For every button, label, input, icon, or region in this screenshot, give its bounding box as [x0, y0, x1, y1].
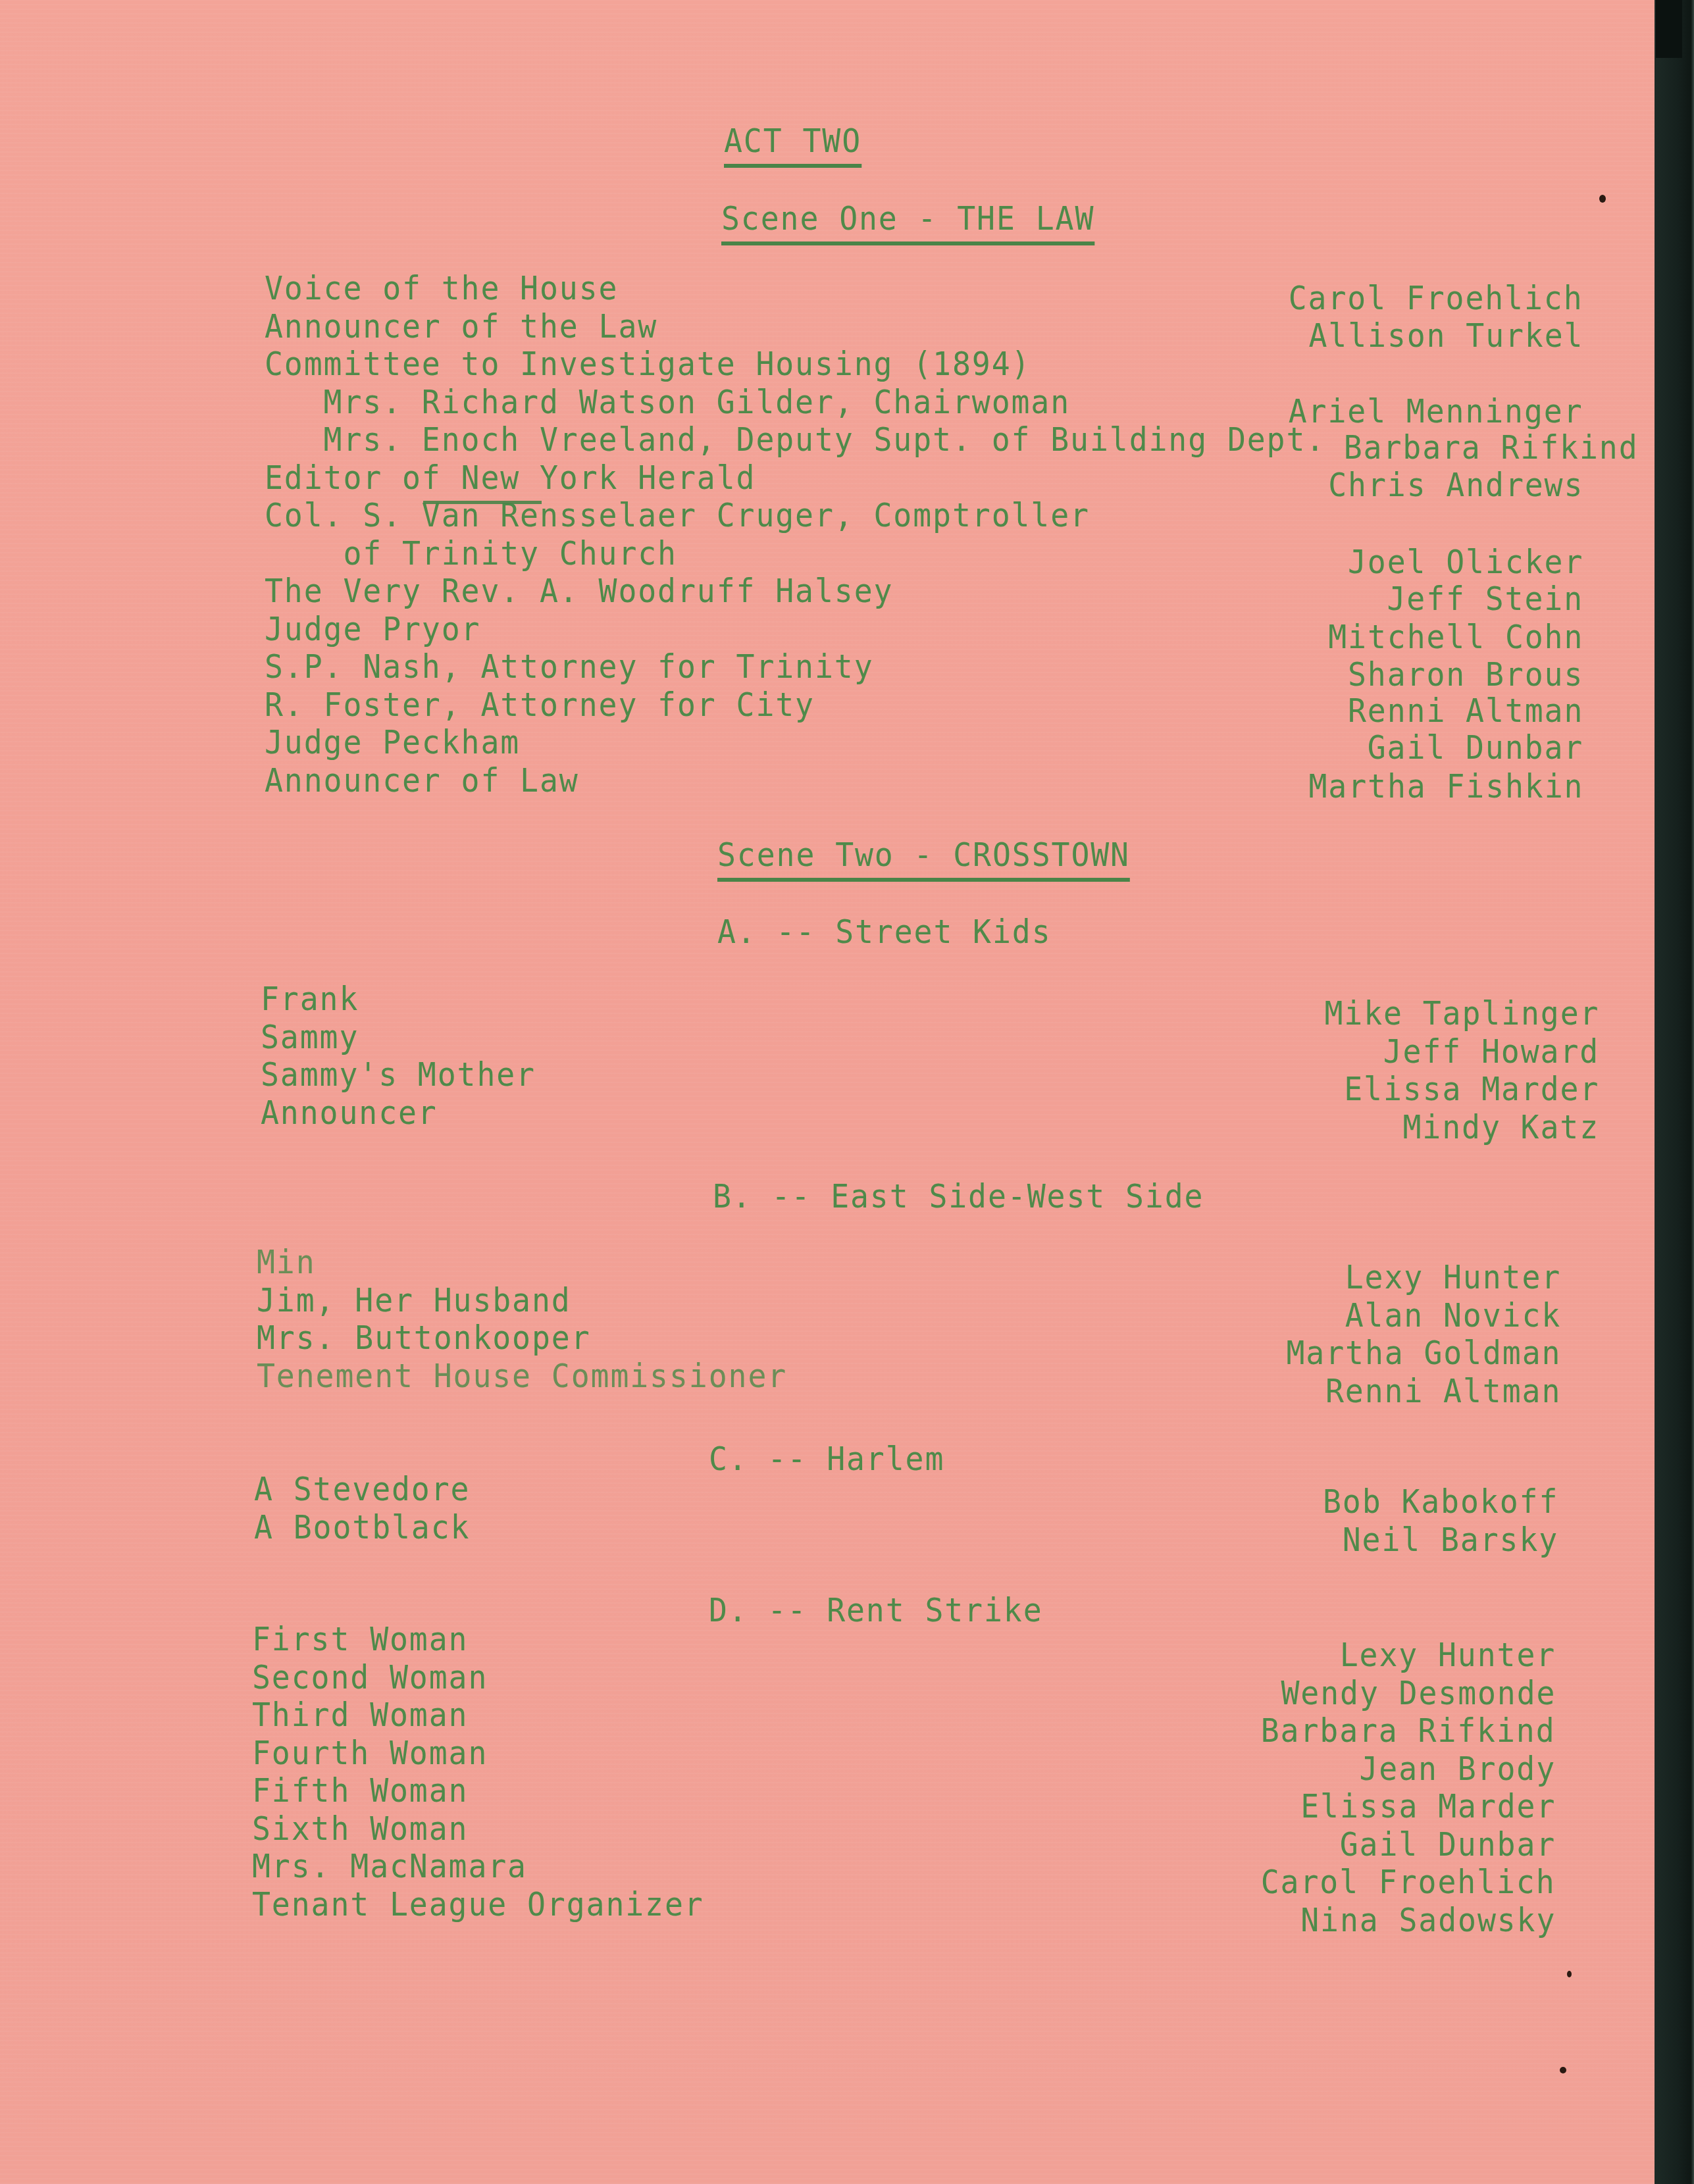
- punch-mark: [1567, 1971, 1572, 1977]
- role-name: Committee to Investigate Housing (1894): [265, 345, 1031, 383]
- binding-strip: [1655, 0, 1694, 2184]
- role-name: Announcer of Law: [265, 762, 579, 800]
- actor-name: Joel Olicker: [1348, 544, 1583, 581]
- subscene-title: B. -- East Side-West Side: [713, 1178, 1204, 1215]
- actor-name: Lexy Hunter: [1345, 1259, 1561, 1296]
- actor-name: Wendy Desmonde: [1281, 1675, 1556, 1712]
- role-name: Frank: [261, 980, 359, 1018]
- role-name: First Woman: [252, 1621, 468, 1658]
- role-name: Announcer: [261, 1094, 438, 1132]
- role-name: Mrs. MacNamara: [252, 1848, 527, 1885]
- role-name: Judge Pryor: [265, 611, 480, 648]
- actor-name: Sharon Brous: [1348, 656, 1583, 694]
- actor-name: Mindy Katz: [1402, 1109, 1599, 1146]
- actor-name: Renni Altman: [1348, 692, 1583, 730]
- role-name: Tenement House Commissioner: [257, 1358, 787, 1395]
- role-name: Sammy's Mother: [261, 1056, 536, 1094]
- actor-name: Allison Turkel: [1308, 317, 1583, 355]
- subscene-title: D. -- Rent Strike: [709, 1592, 1043, 1629]
- role-name: S.P. Nash, Attorney for Trinity: [265, 648, 874, 686]
- actor-name: Elissa Marder: [1300, 1788, 1556, 1825]
- actor-name: Carol Froehlich: [1289, 280, 1583, 317]
- actor-name: Lexy Hunter: [1340, 1637, 1556, 1674]
- subscene-title: A. -- Street Kids: [717, 913, 1052, 951]
- actor-name: Gail Dunbar: [1368, 729, 1583, 767]
- role-name: Judge Peckham: [265, 724, 520, 761]
- role-name: Sixth Woman: [252, 1810, 468, 1848]
- actor-name: Chris Andrews: [1328, 467, 1583, 504]
- role-name: Fifth Woman: [252, 1772, 468, 1810]
- binding-clip: [1656, 0, 1682, 58]
- role-name: A Stevedore: [254, 1471, 470, 1508]
- role-name: The Very Rev. A. Woodruff Halsey: [265, 572, 893, 610]
- role-name: Jim, Her Husband: [257, 1282, 571, 1319]
- subscene-title: C. -- Harlem: [709, 1440, 944, 1478]
- role-name: Mrs. Buttonkooper: [257, 1319, 591, 1357]
- actor-name: Mitchell Cohn: [1328, 619, 1583, 656]
- actor-name: Bob Kabokoff: [1323, 1483, 1558, 1521]
- role-name: Min: [257, 1244, 316, 1281]
- actor-name: Renni Altman: [1325, 1373, 1561, 1410]
- role-name: Second Woman: [252, 1659, 488, 1696]
- role-name: R. Foster, Attorney for City: [265, 686, 815, 724]
- actor-name: Neil Barsky: [1343, 1521, 1558, 1559]
- role-name: Fourth Woman: [252, 1735, 488, 1772]
- actor-name: Jeff Stein: [1387, 580, 1583, 618]
- actor-name: Ariel Menninger: [1289, 393, 1583, 430]
- punch-mark: [1560, 2067, 1566, 2073]
- actor-name: Mike Taplinger: [1324, 995, 1599, 1032]
- actor-name: Barbara Rifkind: [1261, 1712, 1556, 1750]
- actor-name: Carol Froehlich: [1261, 1864, 1556, 1901]
- role-name: A Bootblack: [254, 1509, 470, 1546]
- actor-name: Jean Brody: [1359, 1750, 1556, 1788]
- role-name: Editor of New York Herald: [265, 459, 756, 497]
- actor-name: Jeff Howard: [1383, 1033, 1599, 1071]
- actor-name: Nina Sadowsky: [1300, 1902, 1556, 1939]
- role-name: Announcer of the Law: [265, 308, 657, 345]
- actor-name: Barbara Rifkind: [1344, 429, 1639, 467]
- actor-name: Alan Novick: [1345, 1297, 1561, 1334]
- actor-name: Martha Goldman: [1286, 1334, 1561, 1372]
- role-name: Third Woman: [252, 1696, 468, 1734]
- actor-name: Martha Fishkin: [1308, 768, 1583, 805]
- role-name: Tenant League Organizer: [252, 1886, 704, 1923]
- actor-name: Elissa Marder: [1344, 1071, 1599, 1108]
- role-name: Mrs. Enoch Vreeland, Deputy Supt. of Bui…: [265, 421, 1325, 459]
- role-name: Voice of the House: [265, 270, 618, 307]
- overline-mark: [423, 501, 542, 504]
- actor-name: Gail Dunbar: [1340, 1826, 1556, 1864]
- scene-one-title: Scene One - THE LAW: [721, 200, 1094, 245]
- role-name: Mrs. Richard Watson Gilder, Chairwoman: [265, 384, 1070, 421]
- scene-two-title: Scene Two - CROSSTOWN: [717, 836, 1130, 882]
- role-name: Col. S. Van Rensselaer Cruger, Comptroll…: [265, 497, 1090, 534]
- punch-mark: [1599, 195, 1606, 203]
- role-name: Sammy: [261, 1019, 359, 1056]
- act-title: ACT TWO: [724, 122, 861, 168]
- role-name: of Trinity Church: [265, 535, 677, 572]
